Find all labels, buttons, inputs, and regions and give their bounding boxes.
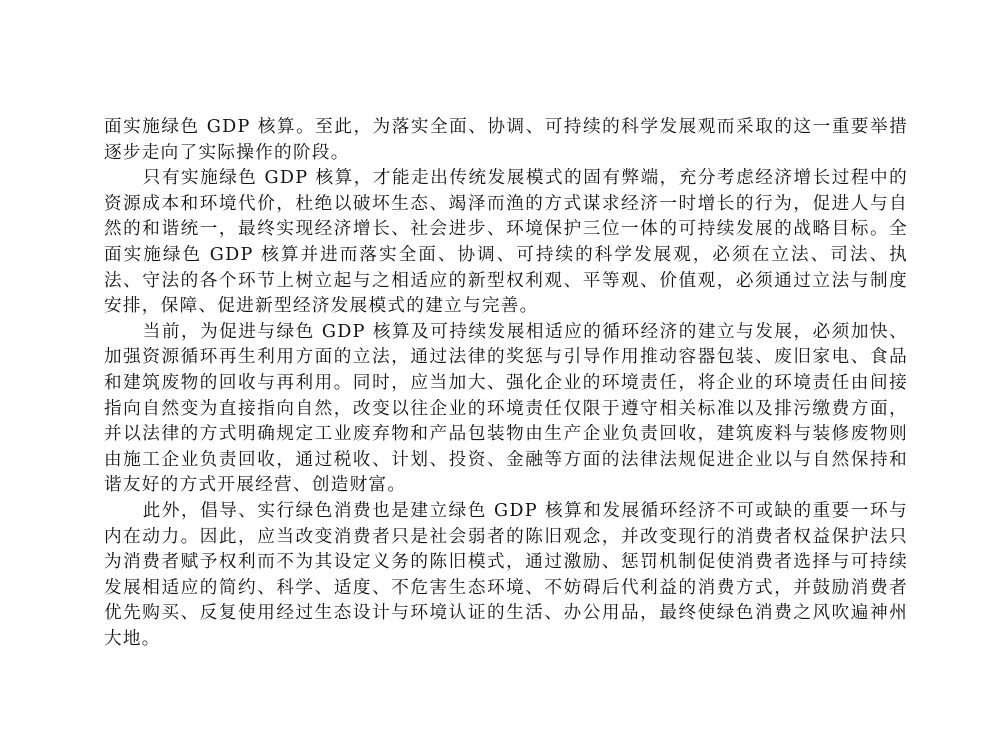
document-page: 面实施绿色 GDP 核算。至此，为落实全面、协调、可持续的科学发展观而采取的这一… <box>104 115 908 652</box>
paragraph-3: 当前，为促进与绿色 GDP 核算及可持续发展相适应的循环经济的建立与发展，必须加… <box>104 320 908 499</box>
paragraph-2: 只有实施绿色 GDP 核算，才能走出传统发展模式的固有弊端，充分考虑经济增长过程… <box>104 166 908 320</box>
paragraph-1: 面实施绿色 GDP 核算。至此，为落实全面、协调、可持续的科学发展观而采取的这一… <box>104 115 908 166</box>
paragraph-4: 此外，倡导、实行绿色消费也是建立绿色 GDP 核算和发展循环经济不可或缺的重要一… <box>104 499 908 653</box>
